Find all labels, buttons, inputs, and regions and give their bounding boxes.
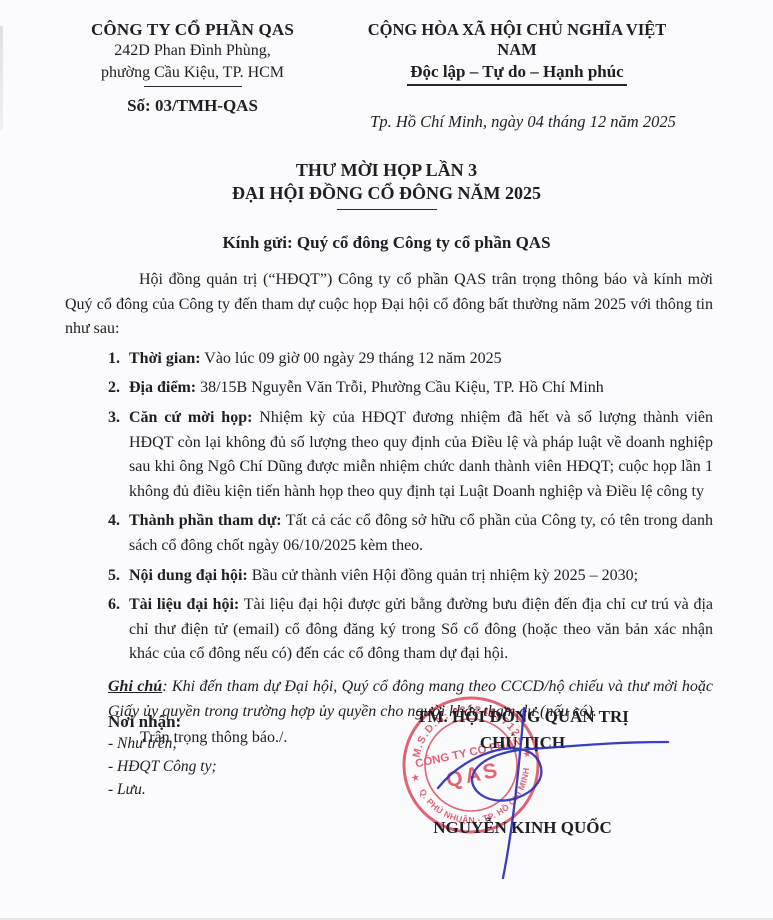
date-line: Tp. Hồ Chí Minh, ngày 04 tháng 12 năm 20… bbox=[352, 112, 682, 132]
document-header: CÔNG TY CỔ PHẦN QAS 242D Phan Đình Phùng… bbox=[0, 0, 773, 132]
title-divider bbox=[337, 209, 437, 210]
company-address-line2: phường Cầu Kiệu, TP. HCM bbox=[35, 63, 350, 84]
recipients-block: Nơi nhận: - Như trên; - HĐQT Công ty; - … bbox=[108, 712, 217, 801]
list-item-location: 2.Địa điểm: 38/15B Nguyễn Văn Trỗi, Phườ… bbox=[108, 376, 713, 401]
national-header-block: CỘNG HÒA XÃ HỘI CHỦ NGHĨA VIỆT NAM Độc l… bbox=[352, 20, 682, 132]
list-item-materials: 6.Tài liệu đại hội: Tài liệu đại hội đượ… bbox=[108, 593, 713, 667]
item-text: 38/15B Nguyễn Văn Trỗi, Phường Cầu Kiệu,… bbox=[196, 379, 604, 396]
intro-paragraph: Hội đồng quản trị (“HĐQT”) Công ty cổ ph… bbox=[65, 268, 713, 342]
salutation: Kính gửi: Quý cổ đông Công ty cổ phần QA… bbox=[0, 233, 773, 253]
recipient-item: - Lưu. bbox=[108, 779, 217, 801]
handwritten-signature bbox=[380, 678, 690, 893]
item-number: 4. bbox=[108, 509, 120, 534]
document-title-line1: THƯ MỜI HỌP LẦN 3 bbox=[0, 159, 773, 182]
company-header-block: CÔNG TY CỔ PHẦN QAS 242D Phan Đình Phùng… bbox=[0, 20, 350, 132]
document-number: Số: 03/TMH-QAS bbox=[35, 96, 350, 116]
item-number: 2. bbox=[108, 376, 120, 401]
numbered-list: 1.Thời gian: Vào lúc 09 giờ 00 ngày 29 t… bbox=[65, 347, 713, 667]
item-label: Thành phần tham dự: bbox=[129, 512, 282, 529]
document-page: CÔNG TY CỔ PHẦN QAS 242D Phan Đình Phùng… bbox=[0, 0, 773, 920]
company-address-line1: 242D Phan Đình Phùng, bbox=[35, 41, 350, 62]
item-text: Bầu cử thành viên Hội đồng quản trị nhiệ… bbox=[248, 567, 638, 584]
item-label: Căn cứ mời họp: bbox=[129, 409, 252, 426]
item-number: 6. bbox=[108, 593, 120, 618]
document-title-line2: ĐẠI HỘI ĐỒNG CỔ ĐÔNG NĂM 2025 bbox=[0, 182, 773, 205]
item-number: 3. bbox=[108, 406, 120, 431]
header-left-divider bbox=[144, 86, 242, 87]
item-label: Tài liệu đại hội: bbox=[129, 596, 239, 613]
company-name: CÔNG TY CỔ PHẦN QAS bbox=[35, 20, 350, 40]
title-block: THƯ MỜI HỌP LẦN 3 ĐẠI HỘI ĐỒNG CỔ ĐÔNG N… bbox=[0, 159, 773, 253]
recipient-item: - HĐQT Công ty; bbox=[108, 756, 217, 778]
item-number: 1. bbox=[108, 347, 120, 372]
item-number: 5. bbox=[108, 564, 120, 589]
item-text: Vào lúc 09 giờ 00 ngày 29 tháng 12 năm 2… bbox=[201, 350, 502, 367]
list-item-participants: 4.Thành phần tham dự: Tất cả các cổ đông… bbox=[108, 509, 713, 558]
list-item-agenda: 5.Nội dung đại hội: Bầu cử thành viên Hộ… bbox=[108, 564, 713, 589]
list-item-basis: 3.Căn cứ mời họp: Nhiệm kỳ của HĐQT đươn… bbox=[108, 406, 713, 504]
item-label: Thời gian: bbox=[129, 350, 201, 367]
recipients-label: Nơi nhận: bbox=[108, 712, 217, 732]
national-title: CỘNG HÒA XÃ HỘI CHỦ NGHĨA VIỆT NAM bbox=[352, 20, 682, 60]
list-item-time: 1.Thời gian: Vào lúc 09 giờ 00 ngày 29 t… bbox=[108, 347, 713, 372]
recipient-item: - Như trên; bbox=[108, 733, 217, 755]
national-motto: Độc lập – Tự do – Hạnh phúc bbox=[407, 62, 626, 86]
item-label: Địa điểm: bbox=[129, 379, 196, 396]
item-label: Nội dung đại hội: bbox=[129, 567, 248, 584]
note-label: Ghi chú bbox=[108, 678, 162, 695]
